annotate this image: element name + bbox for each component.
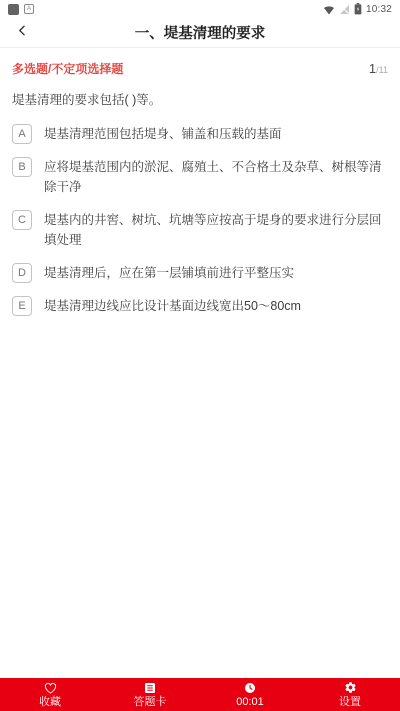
option-c-text: 堤基内的井窖、树坑、坑塘等应按高于堤身的要求进行分层回填处理 [44,210,388,250]
option-e-letter-box[interactable]: E [12,296,32,316]
question-counter: 1/11 [369,61,388,77]
wifi-icon [323,4,335,15]
answer-card-icon [144,681,156,694]
option-b[interactable]: B 应将堤基范围内的淤泥、腐殖土、不合格土及杂草、树根等清除干净 [12,157,388,197]
option-d-letter-box[interactable]: D [12,263,32,283]
back-button[interactable] [10,18,35,47]
answer-card-label: 答题卡 [134,696,167,708]
status-time: 10:32 [366,4,392,15]
status-notification-icons: A [8,4,323,15]
settings-label: 设置 [339,696,361,708]
option-b-text: 应将堤基范围内的淤泥、腐殖土、不合格土及杂草、树根等清除干净 [44,157,388,197]
app-notification-icon-2: A [24,4,34,14]
option-c-letter-box[interactable]: C [12,210,32,230]
signal-off-icon [339,4,350,15]
option-a-letter-box[interactable]: A [12,124,32,144]
favorite-button[interactable]: 收藏 [0,681,100,708]
chevron-left-icon [16,24,29,42]
timer-button[interactable]: 00:01 [200,681,300,708]
question-stem: 堤基清理的要求包括( )等。 [0,77,400,109]
option-c[interactable]: C 堤基内的井窖、树坑、坑塘等应按高于堤身的要求进行分层回填处理 [12,210,388,250]
page-title: 一、堤基清理的要求 [135,22,266,43]
answer-card-button[interactable]: 答题卡 [100,681,200,708]
app-notification-icon [8,4,19,15]
option-e[interactable]: E 堤基清理边线应比设计基面边线宽出50～80cm [12,296,388,316]
heart-icon [44,681,57,694]
question-total: /11 [376,65,388,75]
header: 一、堤基清理的要求 [0,18,400,48]
option-e-text: 堤基清理边线应比设计基面边线宽出50～80cm [44,296,301,316]
clock-icon [244,681,256,694]
option-a[interactable]: A 堤基清理范围包括堤身、铺盖和压载的基面 [12,124,388,144]
question-type-label: 多选题/不定项选择题 [12,60,123,77]
option-d[interactable]: D 堤基清理后，应在第一层铺填前进行平整压实 [12,263,388,283]
timer-label: 00:01 [236,696,264,708]
option-d-text: 堤基清理后，应在第一层铺填前进行平整压实 [44,263,294,283]
option-b-letter-box[interactable]: B [12,157,32,177]
bottom-toolbar: 收藏 答题卡 00:01 设置 [0,678,400,711]
favorite-label: 收藏 [39,696,61,708]
option-a-text: 堤基清理范围包括堤身、铺盖和压载的基面 [44,124,282,144]
battery-icon [354,3,362,15]
settings-button[interactable]: 设置 [300,681,400,708]
options-list: A 堤基清理范围包括堤身、铺盖和压载的基面 B 应将堤基范围内的淤泥、腐殖土、不… [0,109,400,316]
gear-icon [344,681,357,694]
question-meta: 多选题/不定项选择题 1/11 [0,48,400,77]
status-bar: A 10:32 [0,0,400,18]
